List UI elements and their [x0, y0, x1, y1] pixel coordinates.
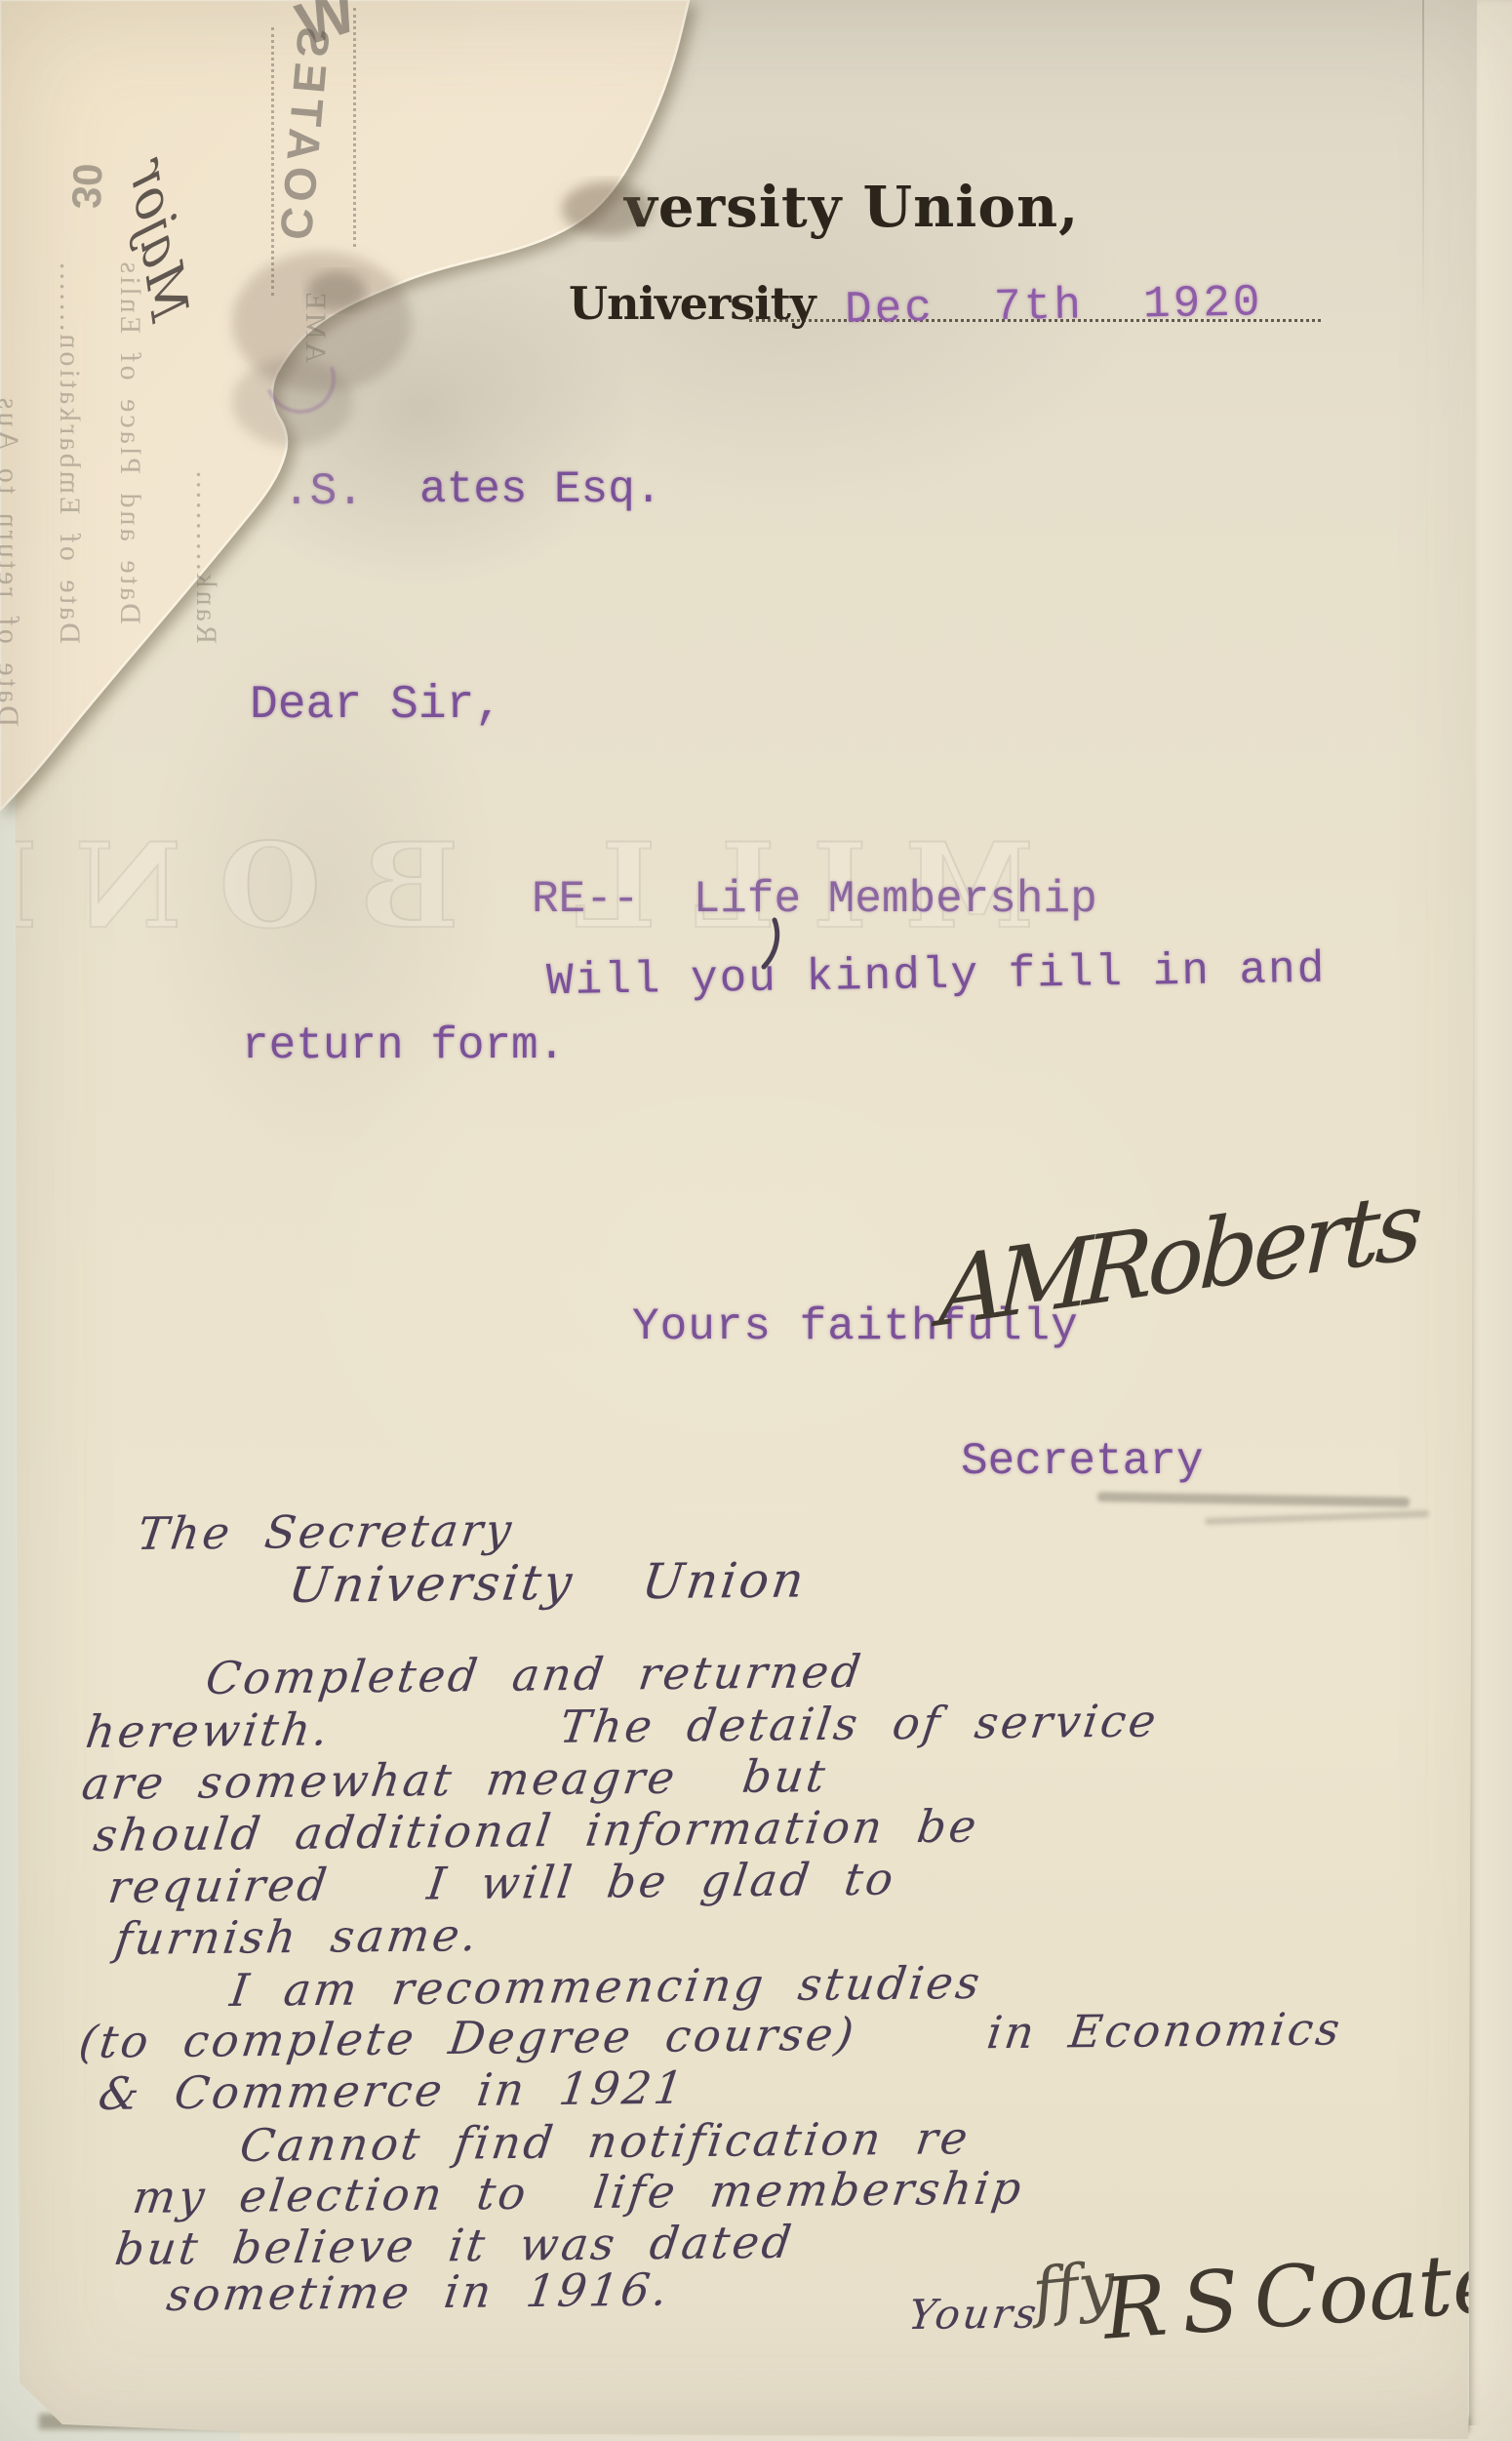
form-label-return: Date of return to Aus [0, 395, 24, 727]
scanned-letter-page: versity Union, University Dec 7th 1920 M… [0, 0, 1512, 2441]
note-line: University Union [285, 1551, 810, 1614]
note-line: sometime in 1916. [164, 2263, 673, 2321]
note-line: required I will be glad to [105, 1853, 899, 1913]
stamp-digits: 30 [62, 163, 111, 210]
note-line: Completed and returned [203, 1645, 866, 1704]
folded-form-content: AME Rank.......... Date and Place of Enl… [0, 0, 741, 878]
form-dotted-rule [271, 27, 274, 296]
pen-mark-icon [759, 917, 788, 972]
ink-smudge [1097, 1492, 1410, 1507]
note-line: & Commerce in 1921 [96, 2061, 689, 2120]
body-line-2: return form. [242, 1020, 565, 1071]
secretary-title: Secretary [961, 1436, 1203, 1487]
subject-line: RE-- Life Membership [532, 874, 1097, 925]
form-label-embarkation: Date of Embarkation....... [53, 260, 86, 644]
form-label-rank: Rank.......... [189, 468, 222, 644]
note-line: are somewhat meagre but [79, 1749, 831, 1810]
note-line: herewith. The details of service [83, 1695, 1162, 1758]
date-stamp: Dec 7th 1920 [845, 277, 1263, 335]
ink-smudge [1205, 1510, 1429, 1525]
body-line-1: Will you kindly fill in and [546, 944, 1327, 1008]
note-line: furnish same. [112, 1908, 483, 1965]
stamp-surname: COATES [269, 20, 340, 242]
paper-crease [1422, 0, 1424, 332]
note-line: my election to life membership [130, 2161, 1027, 2223]
note-valediction: Yours [906, 2290, 1043, 2339]
note-line: The Secretary [135, 1503, 517, 1560]
stamp-arc [254, 332, 347, 425]
note-signature: R S Coates [1100, 2230, 1512, 2358]
secretary-signature: A M Roberts [937, 1170, 1420, 1348]
